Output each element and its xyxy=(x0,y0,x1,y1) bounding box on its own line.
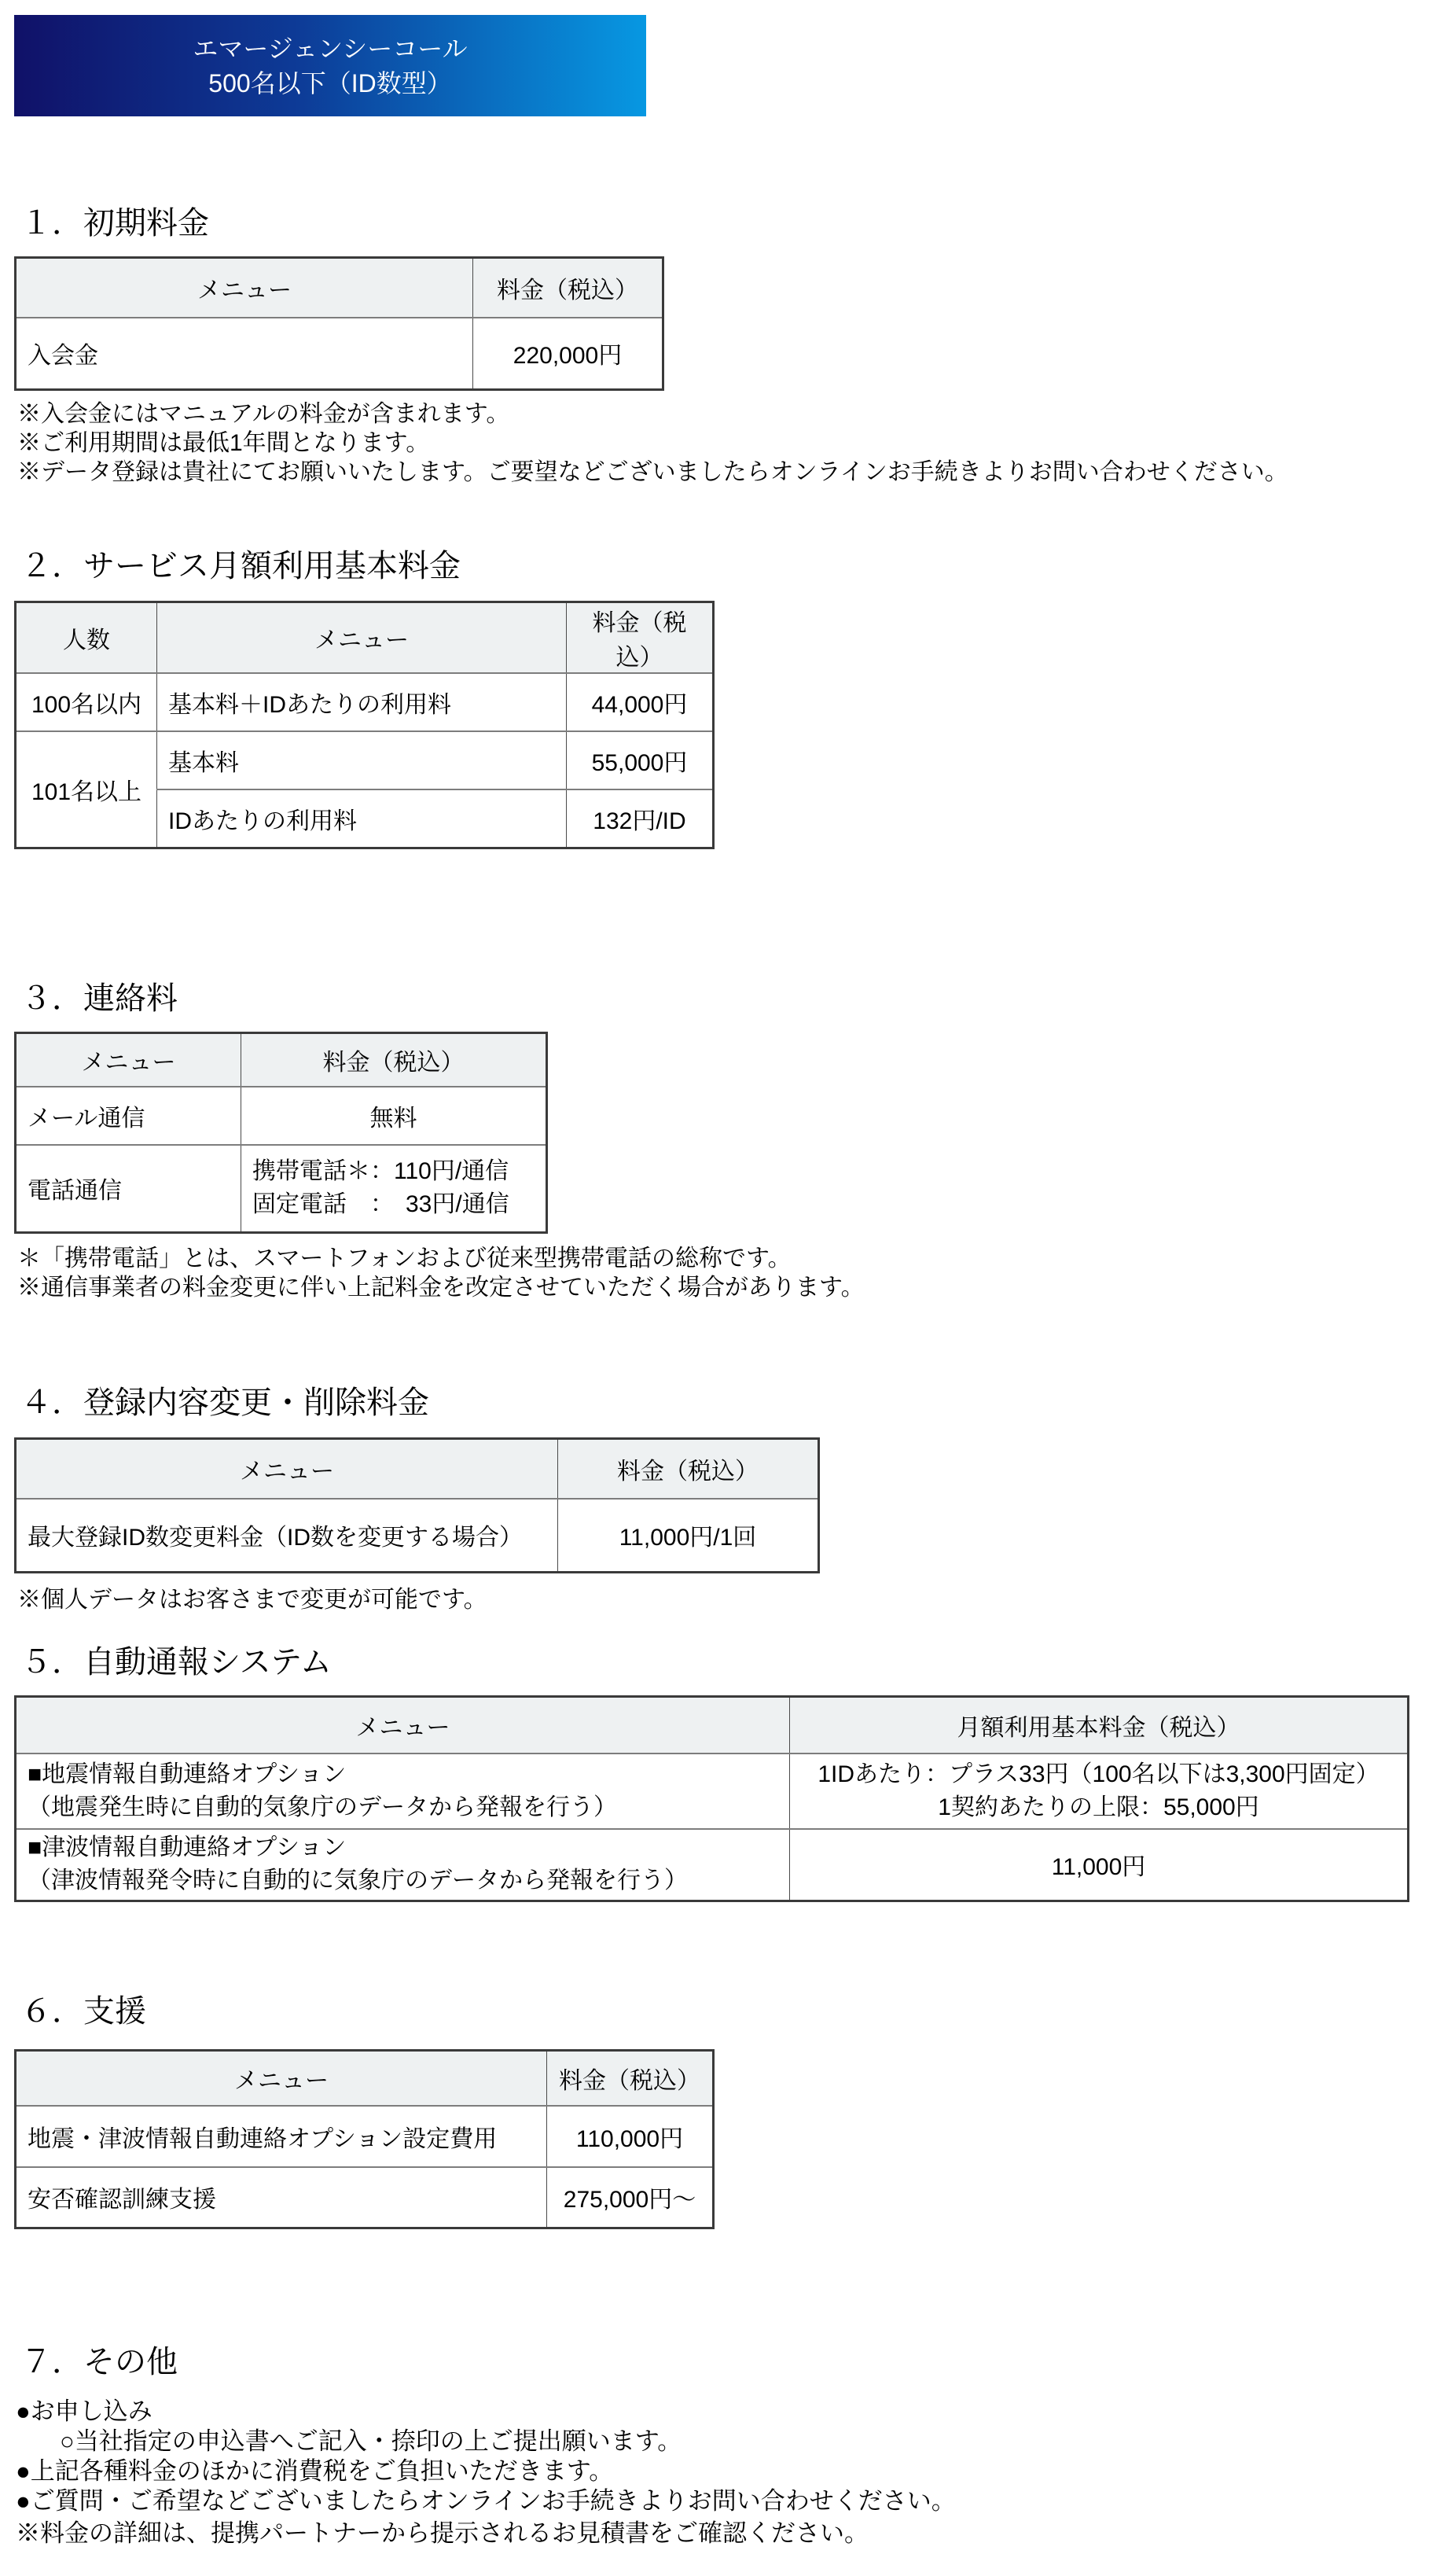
change-fee-table: メニュー 料金（税込） 最大登録ID数変更料金（ID数を変更する場合） 11,0… xyxy=(14,1437,820,1573)
table-row: ■津波情報自動連絡オプション （津波情報発令時に自動的に気象庁のデータから発報を… xyxy=(16,1829,1409,1901)
price-line: 1契約あたりの上限：55,000円 xyxy=(801,1791,1396,1824)
note-text: ＊「携帯電話」とは、スマートフォンおよび従来型携帯電話の総称です。 xyxy=(17,1244,865,1273)
support-fee-table: メニュー 料金（税込） 地震・津波情報自動連絡オプション設定費用 110,000… xyxy=(14,2049,715,2229)
bullet-item: ●上記各種料金のほかに消費税をご負担いただきます。 xyxy=(16,2456,956,2486)
price-cell: 無料 xyxy=(241,1087,547,1145)
menu-column-header: メニュー xyxy=(16,258,473,318)
table-row: 入会金 220,000円 xyxy=(16,318,663,390)
price-cell: 220,000円 xyxy=(473,318,663,390)
bullet-item: ●お申し込み xyxy=(16,2397,956,2427)
auto-report-table: メニュー 月額利用基本料金（税込） ■地震情報自動連絡オプション （地震発生時に… xyxy=(14,1695,1409,1902)
price-line: 携帯電話＊：110円/通信 xyxy=(252,1155,535,1188)
menu-cell: 電話通信 xyxy=(16,1145,241,1233)
initial-fee-table: メニュー 料金（税込） 入会金 220,000円 xyxy=(14,256,664,391)
page-banner: エマージェンシーコール 500名以下（ID数型） xyxy=(14,15,646,116)
table-row: 最大登録ID数変更料金（ID数を変更する場合） 11,000円/1回 xyxy=(16,1499,819,1573)
menu-cell: 最大登録ID数変更料金（ID数を変更する場合） xyxy=(16,1499,558,1573)
section5-heading: ５．自動通報システム xyxy=(20,1637,332,1682)
note-text: ※ご利用期間は最低1年間となります。 xyxy=(17,429,1288,458)
banner-title-line2: 500名以下（ID数型） xyxy=(208,66,451,101)
menu-cell: メール通信 xyxy=(16,1087,241,1145)
footnote-text: ※料金の詳細は、提携パートナーから提示されるお見積書をご確認ください。 xyxy=(16,2513,869,2548)
price-cell: 110,000円 xyxy=(547,2106,714,2167)
monthly-price-column-header: 月額利用基本料金（税込） xyxy=(790,1697,1409,1754)
price-line: 固定電話 ： 33円/通信 xyxy=(252,1188,535,1221)
pricing-page: エマージェンシーコール 500名以下（ID数型） １．初期料金 メニュー 料金（… xyxy=(0,0,1444,2576)
price-column-header: 料金（税込） xyxy=(567,602,714,674)
menu-line: ■地震情報自動連絡オプション xyxy=(28,1758,778,1791)
contact-fee-table: メニュー 料金（税込） メール通信 無料 電話通信 携帯電話＊：110円/通信 … xyxy=(14,1032,548,1234)
menu-cell: 基本料＋IDあたりの利用料 xyxy=(157,673,567,731)
section2-heading: ２．サービス月額利用基本料金 xyxy=(20,541,461,586)
price-cell: 44,000円 xyxy=(567,673,714,731)
menu-column-header: メニュー xyxy=(157,602,567,674)
monthly-fee-table: 人数 メニュー 料金（税込） 100名以内 基本料＋IDあたりの利用料 44,0… xyxy=(14,601,715,849)
bullet-item: ○当社指定の申込書へご記入・捺印の上ご提出願います。 xyxy=(16,2427,956,2456)
price-cell: 1IDあたり：プラス33円（100名以下は3,300円固定） 1契約あたりの上限… xyxy=(790,1754,1409,1829)
menu-cell: 安否確認訓練支援 xyxy=(16,2167,547,2228)
section7-heading: ７．その他 xyxy=(20,2337,178,2382)
section3-notes: ＊「携帯電話」とは、スマートフォンおよび従来型携帯電話の総称です。 ※通信事業者… xyxy=(17,1244,865,1302)
section3-heading: ３．連絡料 xyxy=(20,973,178,1018)
header-row: メニュー 料金（税込） xyxy=(16,1439,819,1499)
price-line: 1IDあたり：プラス33円（100名以下は3,300円固定） xyxy=(801,1758,1396,1791)
table-row: 安否確認訓練支援 275,000円～ xyxy=(16,2167,714,2228)
menu-column-header: メニュー xyxy=(16,1697,790,1754)
price-cell: 11,000円 xyxy=(790,1829,1409,1901)
people-column-header: 人数 xyxy=(16,602,157,674)
price-cell: 11,000円/1回 xyxy=(558,1499,819,1573)
section6-heading: ６．支援 xyxy=(20,1986,146,2031)
note-text: ※データ登録は貴社にてお願いいたします。ご要望などございましたらオンラインお手続… xyxy=(17,458,1288,487)
bullet-item: ●ご質問・ご希望などございましたらオンラインお手続きよりお問い合わせください。 xyxy=(16,2486,956,2516)
menu-column-header: メニュー xyxy=(16,1439,558,1499)
table-row: 地震・津波情報自動連絡オプション設定費用 110,000円 xyxy=(16,2106,714,2167)
banner-title-line1: エマージェンシーコール xyxy=(193,31,467,66)
price-cell: 55,000円 xyxy=(567,731,714,789)
price-column-header: 料金（税込） xyxy=(473,258,663,318)
people-cell: 100名以内 xyxy=(16,673,157,731)
header-row: 人数 メニュー 料金（税込） xyxy=(16,602,714,674)
menu-cell: ■津波情報自動連絡オプション （津波情報発令時に自動的に気象庁のデータから発報を… xyxy=(16,1829,790,1901)
header-row: メニュー 料金（税込） xyxy=(16,2051,714,2106)
table-row: ■地震情報自動連絡オプション （地震発生時に自動的気象庁のデータから発報を行う）… xyxy=(16,1754,1409,1829)
menu-column-header: メニュー xyxy=(16,1033,241,1087)
menu-cell: 地震・津波情報自動連絡オプション設定費用 xyxy=(16,2106,547,2167)
section7-bullets: ●お申し込み ○当社指定の申込書へご記入・捺印の上ご提出願います。 ●上記各種料… xyxy=(16,2397,956,2516)
menu-cell: ■地震情報自動連絡オプション （地震発生時に自動的気象庁のデータから発報を行う） xyxy=(16,1754,790,1829)
note-text: ※個人データはお客さまで変更が可能です。 xyxy=(17,1585,487,1614)
menu-line: （地震発生時に自動的気象庁のデータから発報を行う） xyxy=(28,1791,778,1824)
section4-notes: ※個人データはお客さまで変更が可能です。 xyxy=(17,1585,487,1614)
price-column-header: 料金（税込） xyxy=(547,2051,714,2106)
table-row: 101名以上 基本料 55,000円 xyxy=(16,731,714,789)
price-cell: 132円/ID xyxy=(567,789,714,848)
section4-heading: ４．登録内容変更・削除料金 xyxy=(20,1378,429,1422)
table-row: 電話通信 携帯電話＊：110円/通信 固定電話 ： 33円/通信 xyxy=(16,1145,547,1233)
menu-cell: 基本料 xyxy=(157,731,567,789)
menu-line: （津波情報発令時に自動的に気象庁のデータから発報を行う） xyxy=(28,1864,778,1897)
note-text: ※入会金にはマニュアルの料金が含まれます。 xyxy=(17,399,1288,429)
menu-cell: IDあたりの利用料 xyxy=(157,789,567,848)
menu-column-header: メニュー xyxy=(16,2051,547,2106)
price-column-header: 料金（税込） xyxy=(558,1439,819,1499)
people-cell: 101名以上 xyxy=(16,731,157,848)
table-row: メール通信 無料 xyxy=(16,1087,547,1145)
menu-line: ■津波情報自動連絡オプション xyxy=(28,1831,778,1864)
note-text: ※通信事業者の料金変更に伴い上記料金を改定させていただく場合があります。 xyxy=(17,1273,865,1302)
menu-cell: 入会金 xyxy=(16,318,473,390)
header-row: メニュー 料金（税込） xyxy=(16,1033,547,1087)
section1-notes: ※入会金にはマニュアルの料金が含まれます。 ※ご利用期間は最低1年間となります。… xyxy=(17,399,1288,487)
section1-heading: １．初期料金 xyxy=(20,198,209,243)
price-column-header: 料金（税込） xyxy=(241,1033,547,1087)
header-row: メニュー 料金（税込） xyxy=(16,258,663,318)
price-cell: 携帯電話＊：110円/通信 固定電話 ： 33円/通信 xyxy=(241,1145,547,1233)
header-row: メニュー 月額利用基本料金（税込） xyxy=(16,1697,1409,1754)
table-row: 100名以内 基本料＋IDあたりの利用料 44,000円 xyxy=(16,673,714,731)
price-cell: 275,000円～ xyxy=(547,2167,714,2228)
